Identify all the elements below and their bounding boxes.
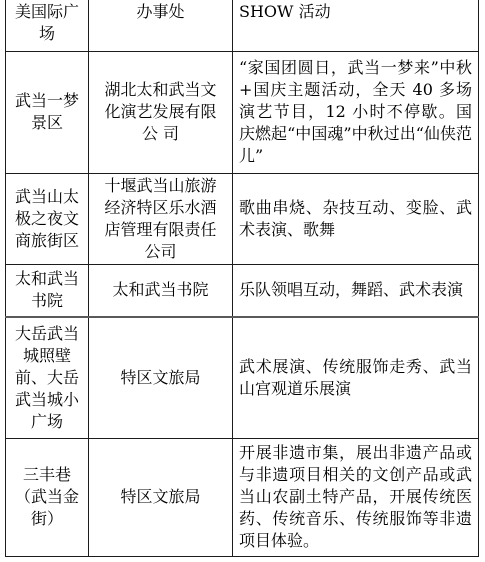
office-cell: 特区文旅局 [89, 317, 233, 438]
venue-cell: 太和武当书院 [6, 264, 89, 317]
table-row: 武当一梦景区 湖北太和武当文化演艺发展有限公 司 “家国团圆日，武当一梦来”中秋… [6, 51, 479, 173]
table-row: 三丰巷（武当金街） 特区文旅局 开展非遗市集，展出非遗产品或与非遗项目相关的文创… [6, 438, 479, 556]
activity-cell: 开展非遗市集，展出非遗产品或与非遗项目相关的文创产品或武当山农副土特产品，开展传… [233, 438, 479, 556]
venue-cell: 武当山太极之夜文商旅街区 [6, 173, 89, 264]
activity-cell: SHOW 活动 [233, 0, 479, 51]
office-cell: 办事处 [89, 0, 233, 51]
show-activities-table: 美国际广场 办事处 SHOW 活动 武当一梦景区 湖北太和武当文化演艺发展有限公… [5, 0, 479, 557]
table-row: 美国际广场 办事处 SHOW 活动 [6, 0, 479, 51]
activity-cell: 乐队领唱互动，舞蹈、武术表演 [233, 264, 479, 317]
table-row: 大岳武当城照壁前、大岳武当城小广场 特区文旅局 武术展演、传统服饰走秀、武当山宫… [6, 317, 479, 438]
venue-cell: 武当一梦景区 [6, 51, 89, 173]
table-row: 太和武当书院 太和武当书院 乐队领唱互动，舞蹈、武术表演 [6, 264, 479, 317]
table-row: 武当山太极之夜文商旅街区 十堰武当山旅游经济特区乐水酒店管理有限责任公司 歌曲串… [6, 173, 479, 264]
activity-cell: 武术展演、传统服饰走秀、武当山宫观道乐展演 [233, 317, 479, 438]
activity-cell: 歌曲串烧、杂技互动、变脸、武术表演、歌舞 [233, 173, 479, 264]
venue-cell: 三丰巷（武当金街） [6, 438, 89, 556]
activity-cell: “家国团圆日，武当一梦来”中秋+国庆主题活动，全天 40 多场演艺节目，12 小… [233, 51, 479, 173]
document-page: 美国际广场 办事处 SHOW 活动 武当一梦景区 湖北太和武当文化演艺发展有限公… [0, 0, 485, 562]
venue-cell: 大岳武当城照壁前、大岳武当城小广场 [6, 317, 89, 438]
office-cell: 湖北太和武当文化演艺发展有限公 司 [89, 51, 233, 173]
office-cell: 特区文旅局 [89, 438, 233, 556]
office-cell: 十堰武当山旅游经济特区乐水酒店管理有限责任公司 [89, 173, 233, 264]
venue-cell: 美国际广场 [6, 0, 89, 51]
office-cell: 太和武当书院 [89, 264, 233, 317]
